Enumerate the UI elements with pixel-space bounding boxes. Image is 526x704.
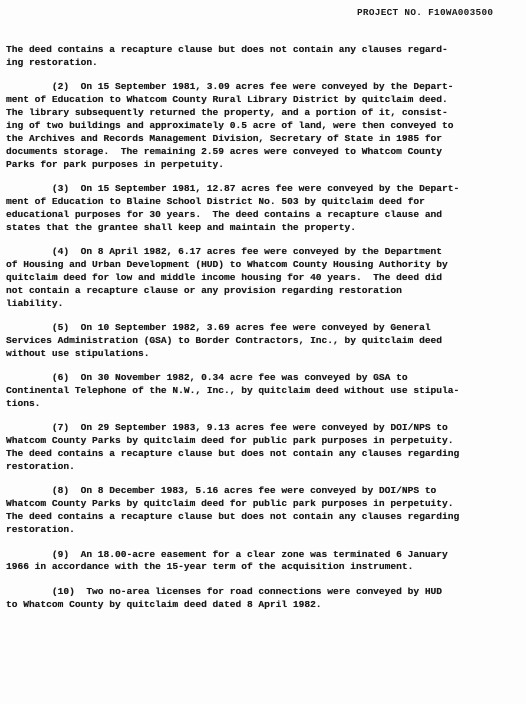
text-line: to Whatcom County by quitclaim deed date…: [6, 599, 518, 612]
text-line: quitclaim deed for low and middle income…: [6, 272, 518, 285]
text-line: Whatcom County Parks by quitclaim deed f…: [6, 498, 518, 511]
paragraph-item-4: (4) On 8 April 1982, 6.17 acres fee were…: [6, 246, 518, 310]
text-line: 1966 in accordance with the 15-year term…: [6, 561, 518, 574]
paragraph-item-5: (5) On 10 September 1982, 3.69 acres fee…: [6, 322, 518, 361]
text-line: (6) On 30 November 1982, 0.34 acre fee w…: [6, 372, 518, 385]
paragraph-item-3: (3) On 15 September 1981, 12.87 acres fe…: [6, 183, 518, 235]
text-line: without use stipulations.: [6, 348, 518, 361]
text-line: Continental Telephone of the N.W., Inc.,…: [6, 385, 518, 398]
paragraph-item-2: (2) On 15 September 1981, 3.09 acres fee…: [6, 81, 518, 171]
paragraph-item-9: (9) An 18.00-acre easement for a clear z…: [6, 549, 518, 575]
text-line: restoration.: [6, 524, 518, 537]
text-line: (8) On 8 December 1983, 5.16 acres fee w…: [6, 485, 518, 498]
text-line: states that the grantee shall keep and m…: [6, 222, 518, 235]
text-line: (2) On 15 September 1981, 3.09 acres fee…: [6, 81, 518, 94]
project-number: PROJECT NO. F10WA003500: [357, 7, 493, 18]
text-line: The deed contains a recapture clause but…: [6, 44, 518, 57]
text-line: (9) An 18.00-acre easement for a clear z…: [6, 549, 518, 562]
text-line: ment of Education to Whatcom County Rura…: [6, 94, 518, 107]
paragraph-item-10: (10) Two no-area licenses for road conne…: [6, 586, 518, 612]
text-line: documents storage. The remaining 2.59 ac…: [6, 146, 518, 159]
paragraph-item-7: (7) On 29 September 1983, 9.13 acres fee…: [6, 422, 518, 474]
text-line: Services Administration (GSA) to Border …: [6, 335, 518, 348]
text-line: (10) Two no-area licenses for road conne…: [6, 586, 518, 599]
paragraph-continued: The deed contains a recapture clause but…: [6, 44, 518, 70]
document-page: PROJECT NO. F10WA003500 The deed contain…: [0, 0, 526, 704]
text-line: (3) On 15 September 1981, 12.87 acres fe…: [6, 183, 518, 196]
text-line: Whatcom County Parks by quitclaim deed f…: [6, 435, 518, 448]
text-line: restoration.: [6, 461, 518, 474]
text-line: ing restoration.: [6, 57, 518, 70]
text-line: liability.: [6, 298, 518, 311]
text-line: Parks for park purposes in perpetuity.: [6, 159, 518, 172]
document-body: The deed contains a recapture clause but…: [6, 44, 518, 623]
text-line: ment of Education to Blaine School Distr…: [6, 196, 518, 209]
text-line: tions.: [6, 398, 518, 411]
paragraph-item-6: (6) On 30 November 1982, 0.34 acre fee w…: [6, 372, 518, 411]
text-line: educational purposes for 30 years. The d…: [6, 209, 518, 222]
text-line: the Archives and Records Management Divi…: [6, 133, 518, 146]
text-line: (5) On 10 September 1982, 3.69 acres fee…: [6, 322, 518, 335]
text-line: (4) On 8 April 1982, 6.17 acres fee were…: [6, 246, 518, 259]
text-line: The deed contains a recapture clause but…: [6, 511, 518, 524]
text-line: The library subsequently returned the pr…: [6, 107, 518, 120]
paragraph-item-8: (8) On 8 December 1983, 5.16 acres fee w…: [6, 485, 518, 537]
text-line: ing of two buildings and approximately 0…: [6, 120, 518, 133]
text-line: not contain a recapture clause or any pr…: [6, 285, 518, 298]
text-line: The deed contains a recapture clause but…: [6, 448, 518, 461]
text-line: (7) On 29 September 1983, 9.13 acres fee…: [6, 422, 518, 435]
text-line: of Housing and Urban Development (HUD) t…: [6, 259, 518, 272]
